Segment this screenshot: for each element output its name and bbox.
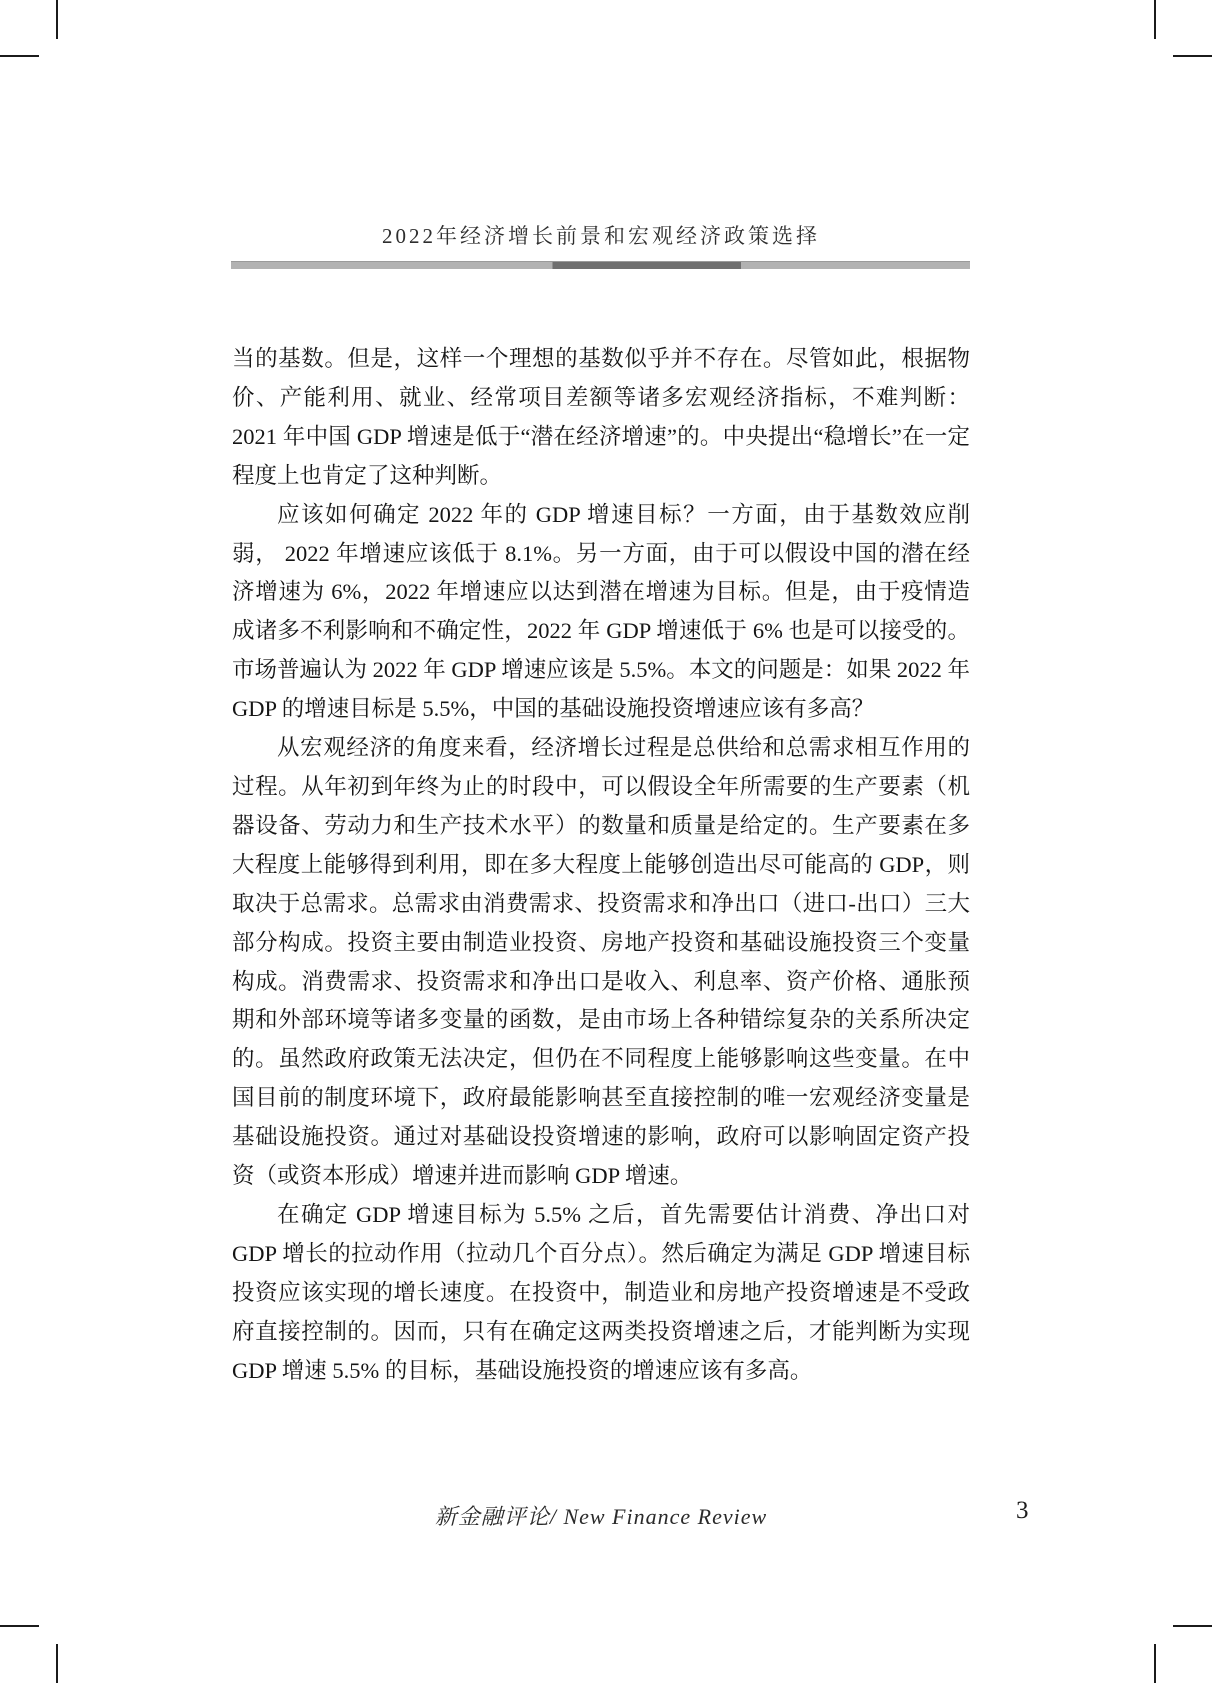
body-paragraph: 当的基数。但是，这样一个理想的基数似乎并不存在。尽管如此，根据物价、产能利用、就… [232,340,970,496]
running-head-title: 2022年经济增长前景和宏观经济政策选择 [232,220,970,250]
body-paragraph: 应该如何确定 2022 年的 GDP 增速目标？一方面，由于基数效应削弱， 20… [232,496,970,729]
crop-mark-top-right-vertical [1154,0,1156,39]
body-paragraph: 在确定 GDP 增速目标为 5.5% 之后，首先需要估计消费、净出口对 GDP … [232,1196,970,1391]
crop-mark-bottom-right-horizontal [1173,1625,1212,1627]
crop-mark-bottom-left-vertical [56,1644,58,1683]
crop-mark-top-right-horizontal [1173,55,1212,57]
document-page: 2022年经济增长前景和宏观经济政策选择 当的基数。但是，这样一个理想的基数似乎… [0,0,1212,1683]
crop-mark-top-left-horizontal [0,55,39,57]
crop-mark-bottom-left-horizontal [0,1625,39,1627]
page-number: 3 [1016,1497,1029,1525]
body-paragraph: 从宏观经济的角度来看，经济增长过程是总供给和总需求相互作用的过程。从年初到年终为… [232,729,970,1196]
footer-journal-name: 新金融评论/ New Finance Review [232,1500,970,1531]
crop-mark-bottom-right-vertical [1154,1644,1156,1683]
article-body: 当的基数。但是，这样一个理想的基数似乎并不存在。尽管如此，根据物价、产能利用、就… [232,340,970,1390]
crop-mark-top-left-vertical [56,0,58,39]
header-rule [231,261,970,269]
